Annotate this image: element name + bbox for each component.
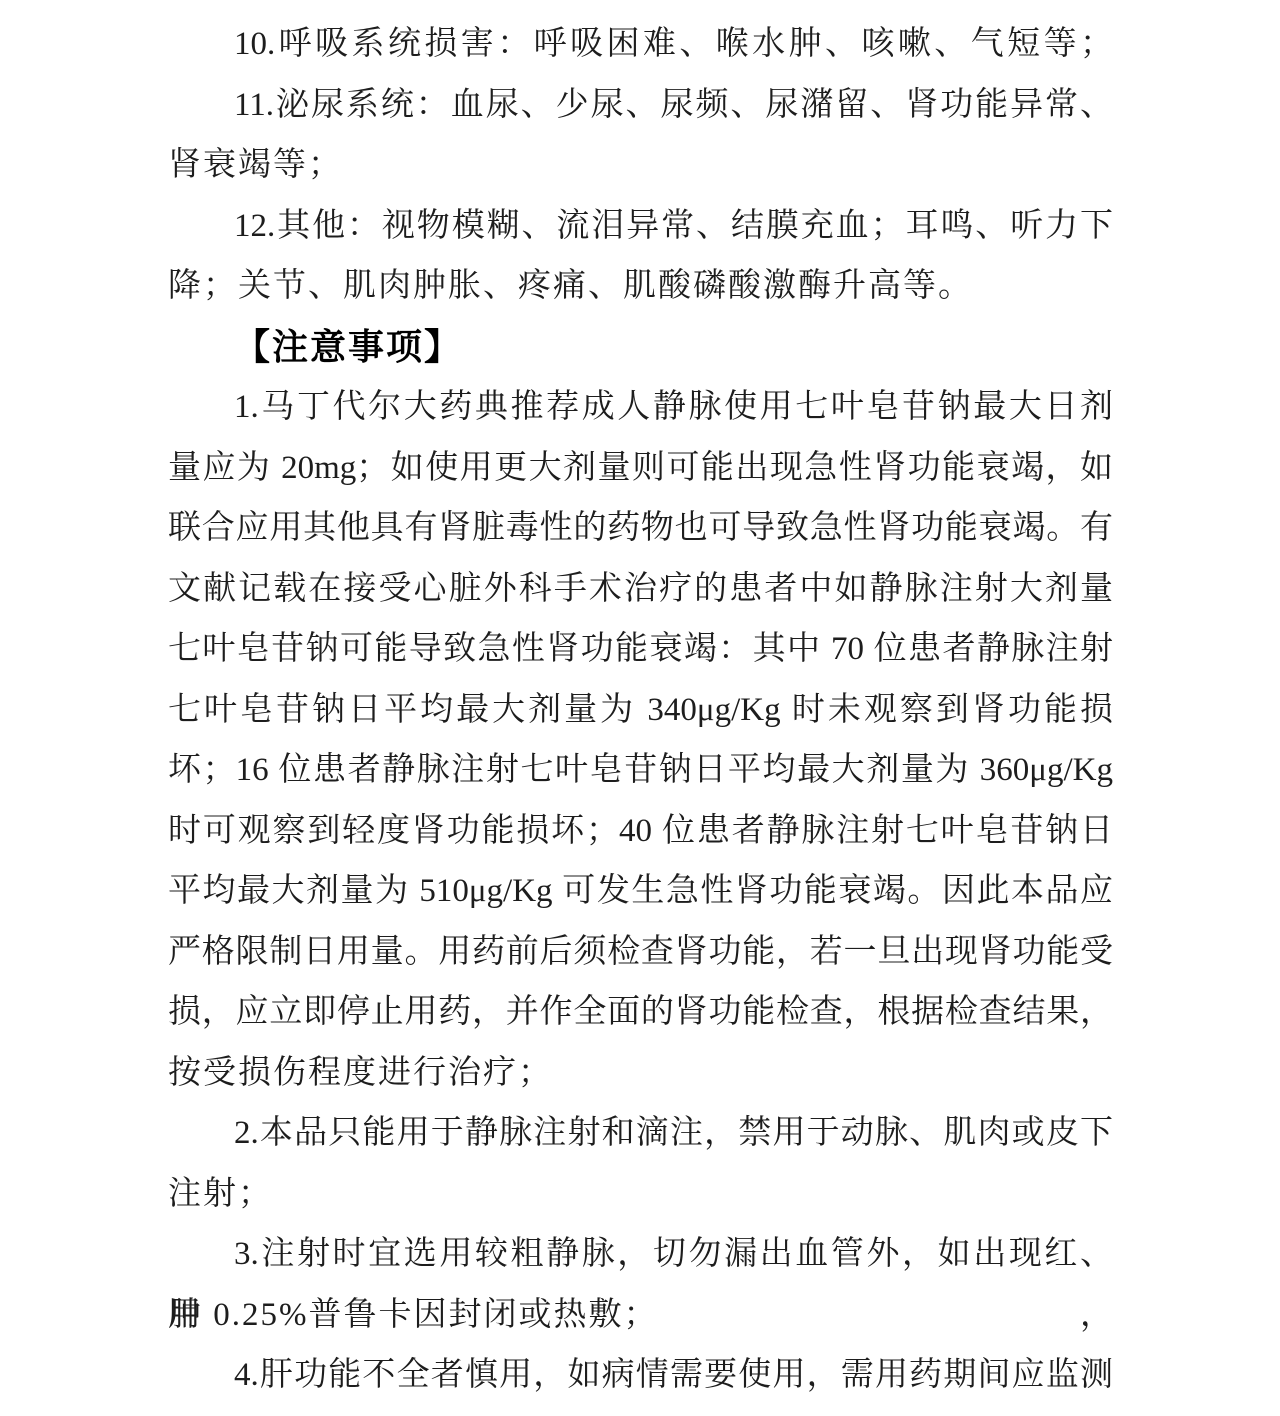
text-line: 文献记载在接受心脏外科手术治疗的患者中如静脉注射大剂量 bbox=[168, 559, 1113, 620]
text-line: 11.泌尿系统：血尿、少尿、尿频、尿潴留、肾功能异常、 bbox=[168, 75, 1113, 136]
text-line: 按受损伤程度进行治疗； bbox=[168, 1043, 1113, 1104]
text-line: 1.马丁代尔大药典推荐成人静脉使用七叶皂苷钠最大日剂 bbox=[168, 377, 1113, 438]
text-line: 2.本品只能用于静脉注射和滴注，禁用于动脉、肌肉或皮下 bbox=[168, 1103, 1113, 1164]
text-line: 联合应用其他具有肾脏毒性的药物也可导致急性肾功能衰竭。有 bbox=[168, 498, 1113, 559]
text-line: 注射； bbox=[168, 1164, 1113, 1225]
text-line: 坏；16 位患者静脉注射七叶皂苷钠日平均最大剂量为 360μg/Kg bbox=[168, 740, 1113, 801]
text-line: 七叶皂苷钠日平均最大剂量为 340μg/Kg 时未观察到肾功能损 bbox=[168, 680, 1113, 741]
text-line: 4.肝功能不全者慎用，如病情需要使用，需用药期间应监测 bbox=[168, 1345, 1113, 1406]
text-line: 10.呼吸系统损害：呼吸困难、喉水肿、咳嗽、气短等； bbox=[168, 14, 1113, 75]
text-line: 降；关节、肌肉肿胀、疼痛、肌酸磷酸激酶升高等。 bbox=[168, 256, 1113, 317]
text-line: 损，应立即停止用药，并作全面的肾功能检查，根据检查结果， bbox=[168, 982, 1113, 1043]
text-line: 12.其他：视物模糊、流泪异常、结膜充血；耳鸣、听力下 bbox=[168, 196, 1113, 257]
text-line: 严格限制日用量。用药前后须检查肾功能，若一旦出现肾功能受 bbox=[168, 922, 1113, 983]
text-line: 时可观察到轻度肾功能损坏；40 位患者静脉注射七叶皂苷钠日 bbox=[168, 801, 1113, 862]
document-page: 10.呼吸系统损害：呼吸困难、喉水肿、咳嗽、气短等；11.泌尿系统：血尿、少尿、… bbox=[0, 0, 1280, 1416]
text-line: 七叶皂苷钠可能导致急性肾功能衰竭：其中 70 位患者静脉注射 bbox=[168, 619, 1113, 680]
text-line: 肾衰竭等； bbox=[168, 135, 1113, 196]
section-heading: 【注意事项】 bbox=[168, 317, 1113, 378]
text-line: 量应为 20mg；如使用更大剂量则可能出现急性肾功能衰竭，如 bbox=[168, 438, 1113, 499]
text-line: 3.注射时宜选用较粗静脉，切勿漏出血管外，如出现红、肿， bbox=[168, 1224, 1113, 1285]
text-line: 平均最大剂量为 510μg/Kg 可发生急性肾功能衰竭。因此本品应 bbox=[168, 861, 1113, 922]
